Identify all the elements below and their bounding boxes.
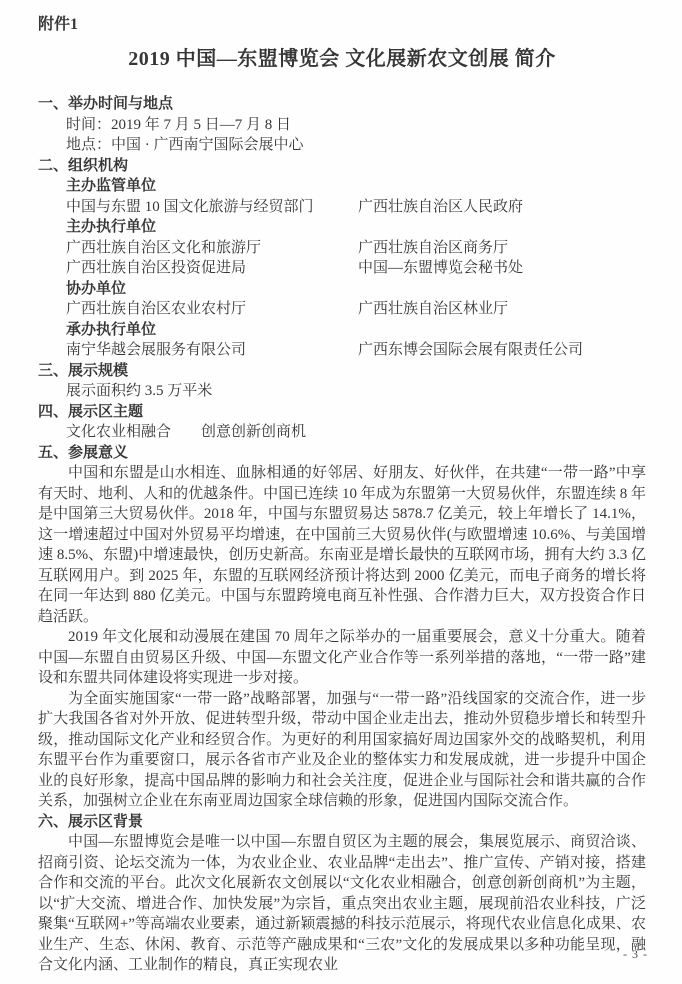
section-heading: 三、展示规模 — [38, 361, 646, 382]
section-heading: 四、展示区主题 — [38, 402, 646, 423]
section-heading: 一、举办时间与地点 — [38, 94, 646, 115]
section-theme: 四、展示区主题 文化农业相融合 创意创新创商机 — [38, 402, 646, 443]
org-cell-left: 中国与东盟 10 国文化旅游与经贸部门 — [66, 197, 358, 218]
org-subheading-undertaker: 承办执行单位 — [38, 320, 646, 341]
org-cell-right: 广西壮族自治区人民政府 — [358, 197, 646, 218]
time-line: 时间：2019 年 7 月 5 日—7 月 8 日 — [38, 115, 646, 136]
org-subheading-executor: 主办执行单位 — [38, 217, 646, 238]
theme-line: 文化农业相融合 创意创新创商机 — [38, 422, 646, 443]
attachment-label: 附件1 — [38, 14, 646, 36]
org-row: 南宁华越会展服务有限公司 广西东博会国际会展有限责任公司 — [38, 340, 646, 361]
org-cell-left: 广西壮族自治区文化和旅游厅 — [66, 238, 358, 259]
org-row: 广西壮族自治区投资促进局 中国—东盟博览会秘书处 — [38, 258, 646, 279]
section-significance: 五、参展意义 中国和东盟是山水相连、血脉相通的好邻居、好朋友、好伙伴，在共建“一… — [38, 443, 646, 812]
org-subheading-coorganizer: 协办单位 — [38, 279, 646, 300]
body-paragraph: 为全面实施国家“一带一路”战略部署，加强与“一带一路”沿线国家的交流合作，进一步… — [38, 689, 646, 812]
body-paragraph: 2019 年文化展和动漫展在建国 70 周年之际举办的一届重要展会，意义十分重大… — [38, 627, 646, 689]
org-cell-left: 广西壮族自治区农业农村厅 — [66, 299, 358, 320]
section-background: 六、展示区背景 中国—东盟博览会是唯一以中国—东盟自贸区为主题的展会，集展览展示… — [38, 812, 646, 976]
section-scale: 三、展示规模 展示面积约 3.5 万平米 — [38, 361, 646, 402]
section-heading: 五、参展意义 — [38, 443, 646, 464]
body-paragraph: 中国和东盟是山水相连、血脉相通的好邻居、好朋友、好伙伴，在共建“一带一路”中享有… — [38, 463, 646, 627]
document-title: 2019 中国—东盟博览会 文化展新农文创展 简介 — [38, 46, 646, 72]
page-number: - 3 - — [623, 947, 648, 962]
org-cell-right: 广西壮族自治区林业厅 — [358, 299, 646, 320]
org-cell-right: 广西壮族自治区商务厅 — [358, 238, 646, 259]
org-cell-right: 广西东博会国际会展有限责任公司 — [358, 340, 646, 361]
org-cell-right: 中国—东盟博览会秘书处 — [358, 258, 646, 279]
place-line: 地点：中国 · 广西南宁国际会展中心 — [38, 135, 646, 156]
section-heading: 二、组织机构 — [38, 156, 646, 177]
org-cell-left: 南宁华越会展服务有限公司 — [66, 340, 358, 361]
org-row: 广西壮族自治区文化和旅游厅 广西壮族自治区商务厅 — [38, 238, 646, 259]
section-organizations: 二、组织机构 主办监管单位 中国与东盟 10 国文化旅游与经贸部门 广西壮族自治… — [38, 156, 646, 361]
scale-line: 展示面积约 3.5 万平米 — [38, 381, 646, 402]
org-row: 中国与东盟 10 国文化旅游与经贸部门 广西壮族自治区人民政府 — [38, 197, 646, 218]
section-heading: 六、展示区背景 — [38, 812, 646, 833]
section-time-place: 一、举办时间与地点 时间：2019 年 7 月 5 日—7 月 8 日 地点：中… — [38, 94, 646, 156]
document-page: 附件1 2019 中国—东盟博览会 文化展新农文创展 简介 一、举办时间与地点 … — [0, 0, 682, 984]
org-cell-left: 广西壮族自治区投资促进局 — [66, 258, 358, 279]
org-row: 广西壮族自治区农业农村厅 广西壮族自治区林业厅 — [38, 299, 646, 320]
body-paragraph: 中国—东盟博览会是唯一以中国—东盟自贸区为主题的展会，集展览展示、商贸洽谈、招商… — [38, 832, 646, 976]
org-subheading-supervisor: 主办监管单位 — [38, 176, 646, 197]
